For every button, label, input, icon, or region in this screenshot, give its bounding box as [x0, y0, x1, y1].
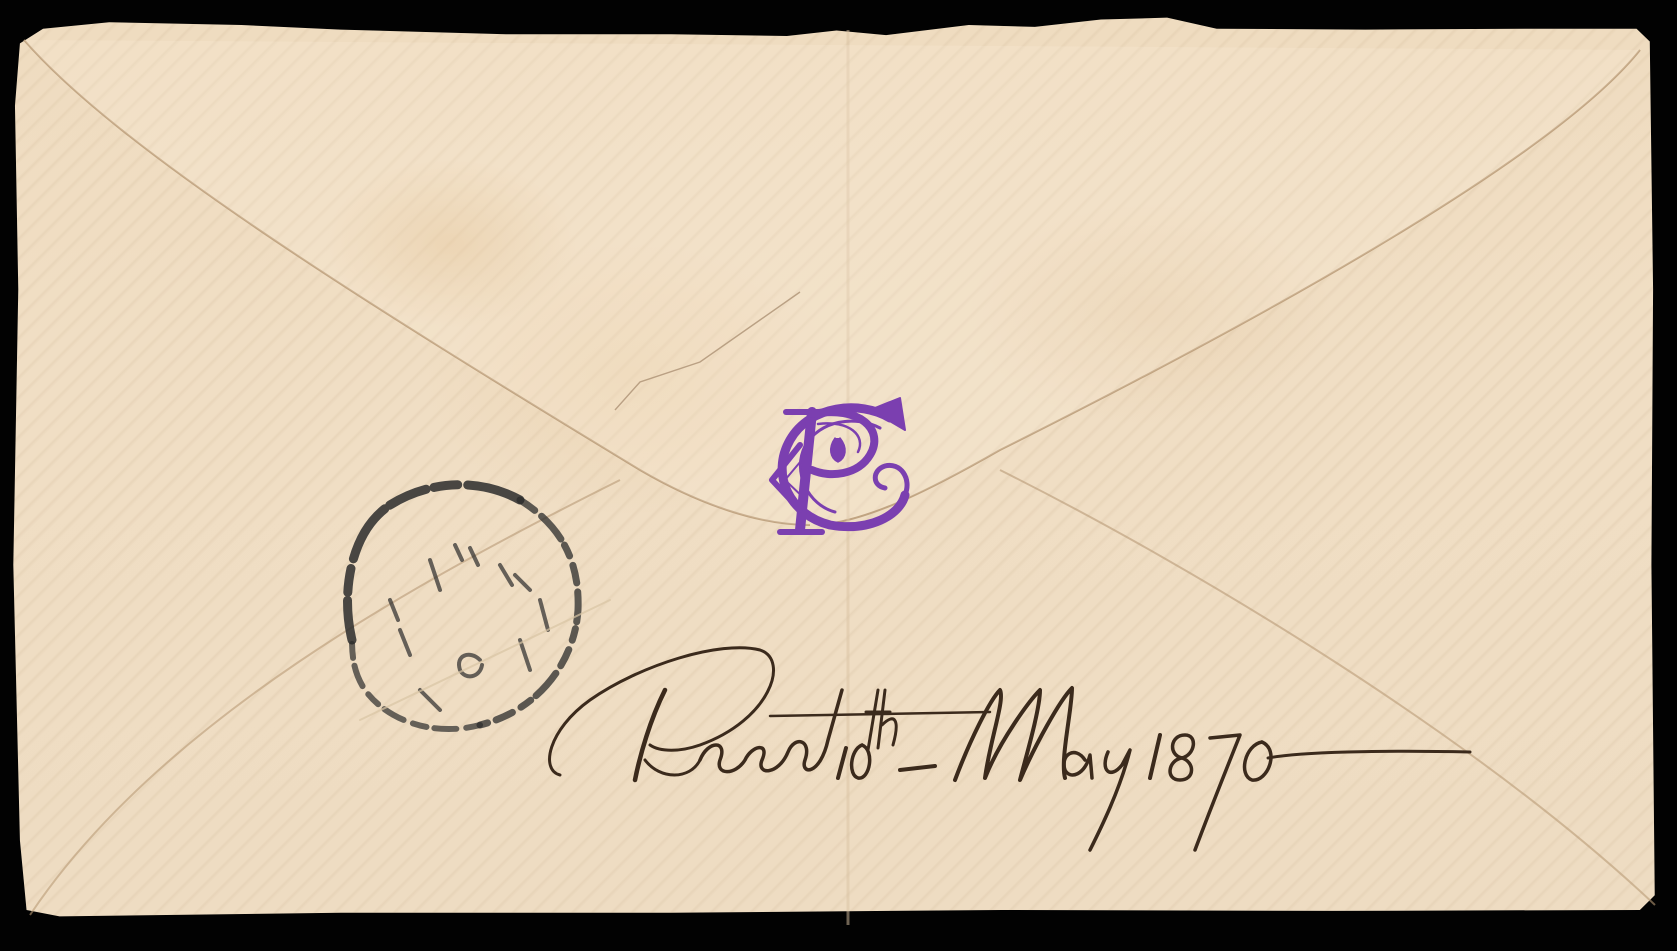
handwritten-receipt-note: Recd 10th May 1870 — [0, 0, 1677, 951]
photo-stage: Recd 10th May 1870 — [0, 0, 1677, 951]
